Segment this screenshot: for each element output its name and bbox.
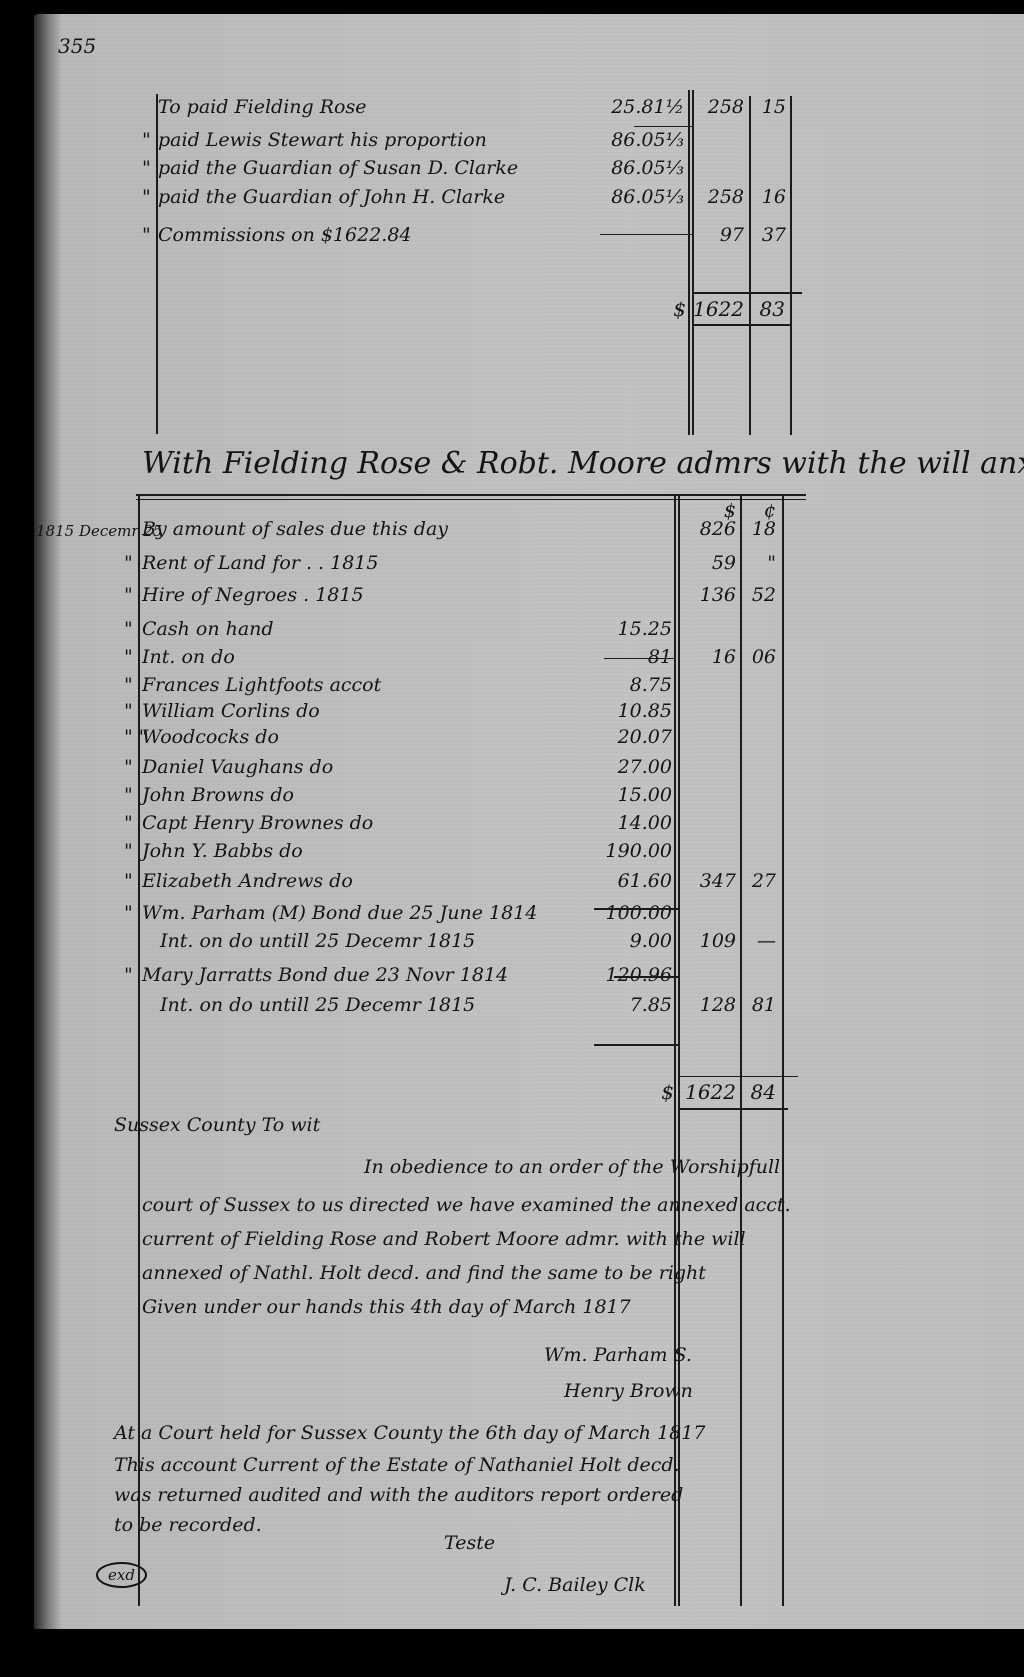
heading-rule — [136, 494, 806, 496]
ledger-entry-cents: 52 — [740, 584, 776, 606]
ditto-mark: " — [124, 646, 133, 668]
ledger-entry-cents: 81 — [740, 994, 776, 1016]
clerk-signature: J. C. Bailey Clk — [504, 1574, 646, 1596]
report-line: In obedience to an order of the Worshipf… — [364, 1156, 780, 1178]
ledger-entry-text: Mary Jarratts Bond due 23 Novr 1814 — [142, 964, 508, 986]
ledger-entry-text: Frances Lightfoots accot — [142, 674, 381, 696]
teste-label: Teste — [444, 1532, 495, 1554]
ditto-mark: " — [124, 840, 133, 862]
ledger-entry-text: John Y. Babbs do — [142, 840, 303, 862]
ledger-entry-subamount: 100.00 — [582, 902, 672, 924]
ledger-entry-text: John Browns do — [142, 784, 294, 806]
ditto-mark: " — [142, 129, 151, 151]
ledger-entry-text: William Corlins do — [142, 700, 320, 722]
bottom-total-dollars: 1622 — [678, 1080, 736, 1104]
ledger-entry-cents: 16 — [750, 186, 786, 208]
ledger-entry-subamount: 190.00 — [582, 840, 672, 862]
ditto-mark: " — [124, 964, 133, 986]
bottom-right-rule — [782, 496, 784, 1606]
margin-note-circled: exd — [96, 1562, 147, 1588]
ditto-mark: " — [124, 902, 133, 924]
ledger-entry-dollars: 16 — [678, 646, 736, 668]
ledger-entry-dollars: 97 — [692, 224, 744, 246]
top-cents-rule — [749, 96, 751, 435]
ledger-entry-subamount: 25.81½ — [594, 96, 684, 118]
ditto-mark: " — [142, 157, 151, 179]
ledger-entry-text: To paid Fielding Rose — [158, 96, 366, 118]
ledger-entry-subamount: 15.00 — [582, 784, 672, 806]
ledger-entry-subamount: 7.85 — [582, 994, 672, 1016]
ledger-entry-subamount: 20.07 — [582, 726, 672, 748]
ledger-entry-text: paid the Guardian of Susan D. Clarke — [158, 157, 518, 179]
report-line: current of Fielding Rose and Robert Moor… — [142, 1228, 746, 1250]
ledger-entry-cents: 15 — [750, 96, 786, 118]
ledger-entry-subamount: 8.75 — [582, 674, 672, 696]
bottom-total-cents: 84 — [740, 1080, 776, 1104]
ditto-mark: " — [142, 224, 151, 246]
ledger-entry-dollars: 347 — [678, 870, 736, 892]
ledger-entry-subamount: 10.85 — [582, 700, 672, 722]
ledger-entry-dollars: 59 — [678, 552, 736, 574]
ledger-entry-dollars: 136 — [678, 584, 736, 606]
report-line: Given under our hands this 4th day of Ma… — [142, 1296, 631, 1318]
ditto-mark: " — [124, 756, 133, 778]
court-line: to be recorded. — [114, 1514, 262, 1536]
underline — [600, 234, 692, 235]
ledger-entry-text: Rent of Land for . . 1815 — [142, 552, 378, 574]
ledger-entry-cents: 06 — [740, 646, 776, 668]
ledger-entry-subamount: 27.00 — [582, 756, 672, 778]
court-line: This account Current of the Estate of Na… — [114, 1454, 680, 1476]
ledger-entry-text: Daniel Vaughans do — [142, 756, 333, 778]
total-rule-bottom — [692, 324, 792, 326]
ledger-entry-text: Capt Henry Brownes do — [142, 812, 373, 834]
total-rule-top — [678, 1076, 798, 1077]
ditto-mark: " — [124, 584, 133, 606]
underline — [594, 908, 678, 910]
ledger-entry-dollars: 258 — [692, 96, 744, 118]
ledger-entry-cents: 37 — [750, 224, 786, 246]
underline — [634, 126, 692, 127]
page-number: 355 — [58, 34, 96, 58]
ledger-entry-text: Cash on hand — [142, 618, 274, 640]
ledger-page: 355 To paid Fielding Rose25.81½25815"pai… — [34, 14, 1024, 1629]
ledger-entry-text: Commissions on $1622.84 — [158, 224, 412, 246]
ledger-entry-text: Int. on do — [142, 646, 235, 668]
ditto-mark: " — [124, 618, 133, 640]
report-salutation: Sussex County To wit — [114, 1114, 320, 1136]
total-rule-top — [692, 292, 802, 294]
ledger-entry-subamount: 61.60 — [582, 870, 672, 892]
ditto-mark: " — [124, 700, 133, 722]
ledger-entry-dollars: 258 — [692, 186, 744, 208]
ledger-entry-cents: " — [740, 552, 776, 574]
ledger-entry-subamount: 9.00 — [582, 930, 672, 952]
ledger-entry-cents: 27 — [740, 870, 776, 892]
ledger-entry-subamount: 15.25 — [582, 618, 672, 640]
ledger-entry-subamount: 86.05⅓ — [594, 186, 684, 208]
top-total-symbol: $ — [654, 297, 686, 321]
ledger-entry-subamount: 120.96 — [582, 964, 672, 986]
ditto-mark: " — [124, 552, 133, 574]
ledger-entry-text: Woodcocks do — [142, 726, 279, 748]
ledger-entry-dollars: 826 — [678, 518, 736, 540]
top-total-dollars: 1622 — [692, 297, 744, 321]
ledger-entry-cents: 18 — [740, 518, 776, 540]
ledger-entry-text: Hire of Negroes . 1815 — [142, 584, 364, 606]
ledger-entry-subamount: 14.00 — [582, 812, 672, 834]
ledger-entry-subamount: 86.05⅓ — [594, 129, 684, 151]
ledger-entry-dollars: 109 — [678, 930, 736, 952]
ledger-entry-subamount: 86.05⅓ — [594, 157, 684, 179]
ledger-entry-text: Elizabeth Andrews do — [142, 870, 353, 892]
ditto-mark: " — [124, 870, 133, 892]
signature-parham: Wm. Parham S. — [544, 1344, 692, 1366]
ditto-mark: " — [124, 784, 133, 806]
top-dollar-rule-left-2 — [692, 90, 694, 435]
court-line: At a Court held for Sussex County the 6t… — [114, 1422, 705, 1444]
ditto-mark: " — [124, 812, 133, 834]
ledger-entry-text: By amount of sales due this day — [142, 518, 448, 540]
underline — [594, 1044, 678, 1046]
ledger-entry-text: paid the Guardian of John H. Clarke — [158, 186, 505, 208]
ledger-entry-text: Int. on do untill 25 Decemr 1815 — [160, 930, 475, 952]
ledger-entry-text: Int. on do untill 25 Decemr 1815 — [160, 994, 475, 1016]
ditto-mark: " — [142, 186, 151, 208]
top-right-rule — [790, 96, 792, 435]
ledger-entry-dollars: 128 — [678, 994, 736, 1016]
total-rule-bottom — [678, 1108, 788, 1110]
court-line: was returned audited and with the audito… — [114, 1484, 683, 1506]
top-total-cents: 83 — [749, 297, 785, 321]
ledger-entry-text: Wm. Parham (M) Bond due 25 June 1814 — [142, 902, 537, 924]
signature-brown: Henry Brown — [564, 1380, 693, 1402]
ditto-mark: " — [124, 674, 133, 696]
report-line: annexed of Nathl. Holt decd. and find th… — [142, 1262, 706, 1284]
account-heading: With Fielding Rose & Robt. Moore admrs w… — [142, 446, 1024, 481]
ledger-entry-text: paid Lewis Stewart his proportion — [158, 129, 487, 151]
underline — [614, 976, 678, 978]
report-line: court of Sussex to us directed we have e… — [142, 1194, 791, 1216]
ledger-entry-cents: — — [740, 930, 776, 952]
top-dollar-rule-left — [688, 90, 690, 435]
bottom-total-symbol: $ — [640, 1080, 674, 1104]
underline — [604, 658, 676, 659]
ledger-entry-subamount: 81 — [582, 646, 672, 668]
